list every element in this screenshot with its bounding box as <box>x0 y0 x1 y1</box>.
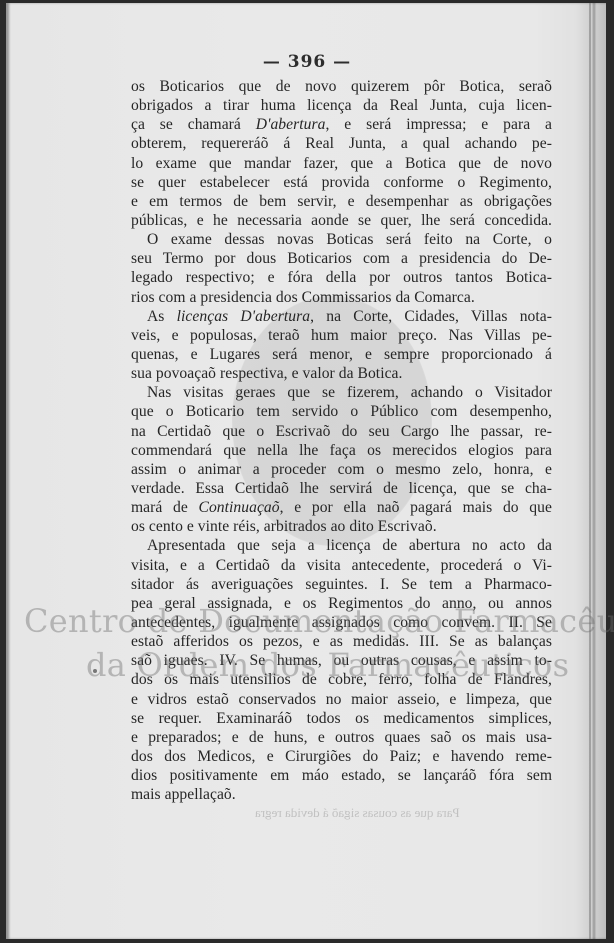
text-line: na Certidaõ que o Escrivaõ do seu Cargo … <box>131 422 552 441</box>
text-line: mará de Continuaçaõ, e por ella naõ paga… <box>131 498 552 517</box>
text-line: os Boticarios que de novo quizerem pôr B… <box>131 77 552 96</box>
text-line: e em termos de bem servir, e desempenhar… <box>131 192 552 211</box>
text-line: veis, e populosas, teraõ hum maior preço… <box>131 326 552 345</box>
text-line: sua povoaçaõ respectiva, e valor da Boti… <box>131 364 552 383</box>
text-line: lo exame que mandar fazer, que a Botica … <box>131 154 552 173</box>
text-line: commendará que nella lhe faça os merecid… <box>131 441 552 460</box>
watermark-dot <box>93 669 97 673</box>
text-line: legado respectivo; e fóra della por outr… <box>131 268 552 287</box>
text-line: e vidros estaõ conservados no maior asse… <box>131 690 552 709</box>
text-line: os cento e vinte réis, arbitrados ao dit… <box>131 517 552 536</box>
text-line: estaõ afferidos os pezos, e as medidas. … <box>131 632 552 651</box>
text-line: obterem, requereráõ á Real Junta, a qual… <box>131 134 552 153</box>
text-line: sitador ás averiguações seguintes. I. Se… <box>131 575 552 594</box>
text-line: pea geral assignada, e os Regimentos do … <box>131 594 552 613</box>
page-number: — 396 — <box>0 52 614 72</box>
text-line: seu Termo por dous Boticarios com a pres… <box>131 249 552 268</box>
text-line: dos os mais utensilios de cobre, ferro, … <box>131 670 552 689</box>
text-line: O exame dessas novas Boticas será feito … <box>131 230 552 249</box>
text-line: ça se chamará D'abertura, e será impress… <box>131 115 552 134</box>
text-line: saõ iguaes. IV. Se humas, ou outras cous… <box>131 651 552 670</box>
italic-term: Continuaçaõ <box>199 499 280 516</box>
text-line: obrigados a tirar huma licença da Real J… <box>131 96 552 115</box>
text-line: dios positivamente em máo estado, se lan… <box>131 766 552 785</box>
text-line: visita, e a Certidaõ da visita anteceden… <box>131 556 552 575</box>
text-line: quenas, e Lugares será menor, e sempre p… <box>131 345 552 364</box>
text-line: dos dos Medicos, e Cirurgiões do Paiz; e… <box>131 747 552 766</box>
text-line: rios com a presidencia dos Commissarios … <box>131 288 552 307</box>
text-line: assim o animar a proceder com o mesmo ze… <box>131 460 552 479</box>
text-line: mais appellaçaõ. <box>131 785 552 804</box>
text-line: e preparados; e de huns, e outros quaes … <box>131 728 552 747</box>
text-line: Apresentada que seja a licença de abertu… <box>131 536 552 555</box>
italic-term: D'abertura <box>256 116 326 133</box>
text-line: se quer estabelecer está provida conform… <box>131 173 552 192</box>
text-line: As licenças D'abertura, na Corte, Cidade… <box>131 307 552 326</box>
text-line: públicas, e he necessaria aonde se quer,… <box>131 211 552 230</box>
italic-term: licenças D'abertura <box>177 308 310 325</box>
text-line: que o Boticario tem servido o Público co… <box>131 402 552 421</box>
text-line: Nas visitas geraes que se fizerem, achan… <box>131 383 552 402</box>
page-gutter-edge <box>589 3 591 939</box>
text-line: antecedentes, igualmente assignados como… <box>131 613 552 632</box>
text-line: verdade. Essa Certidaõ lhe servirá de li… <box>131 479 552 498</box>
text-line: se requer. Examinaráõ todos os medicamen… <box>131 709 552 728</box>
body-text: os Boticarios que de novo quizerem pôr B… <box>131 77 552 804</box>
